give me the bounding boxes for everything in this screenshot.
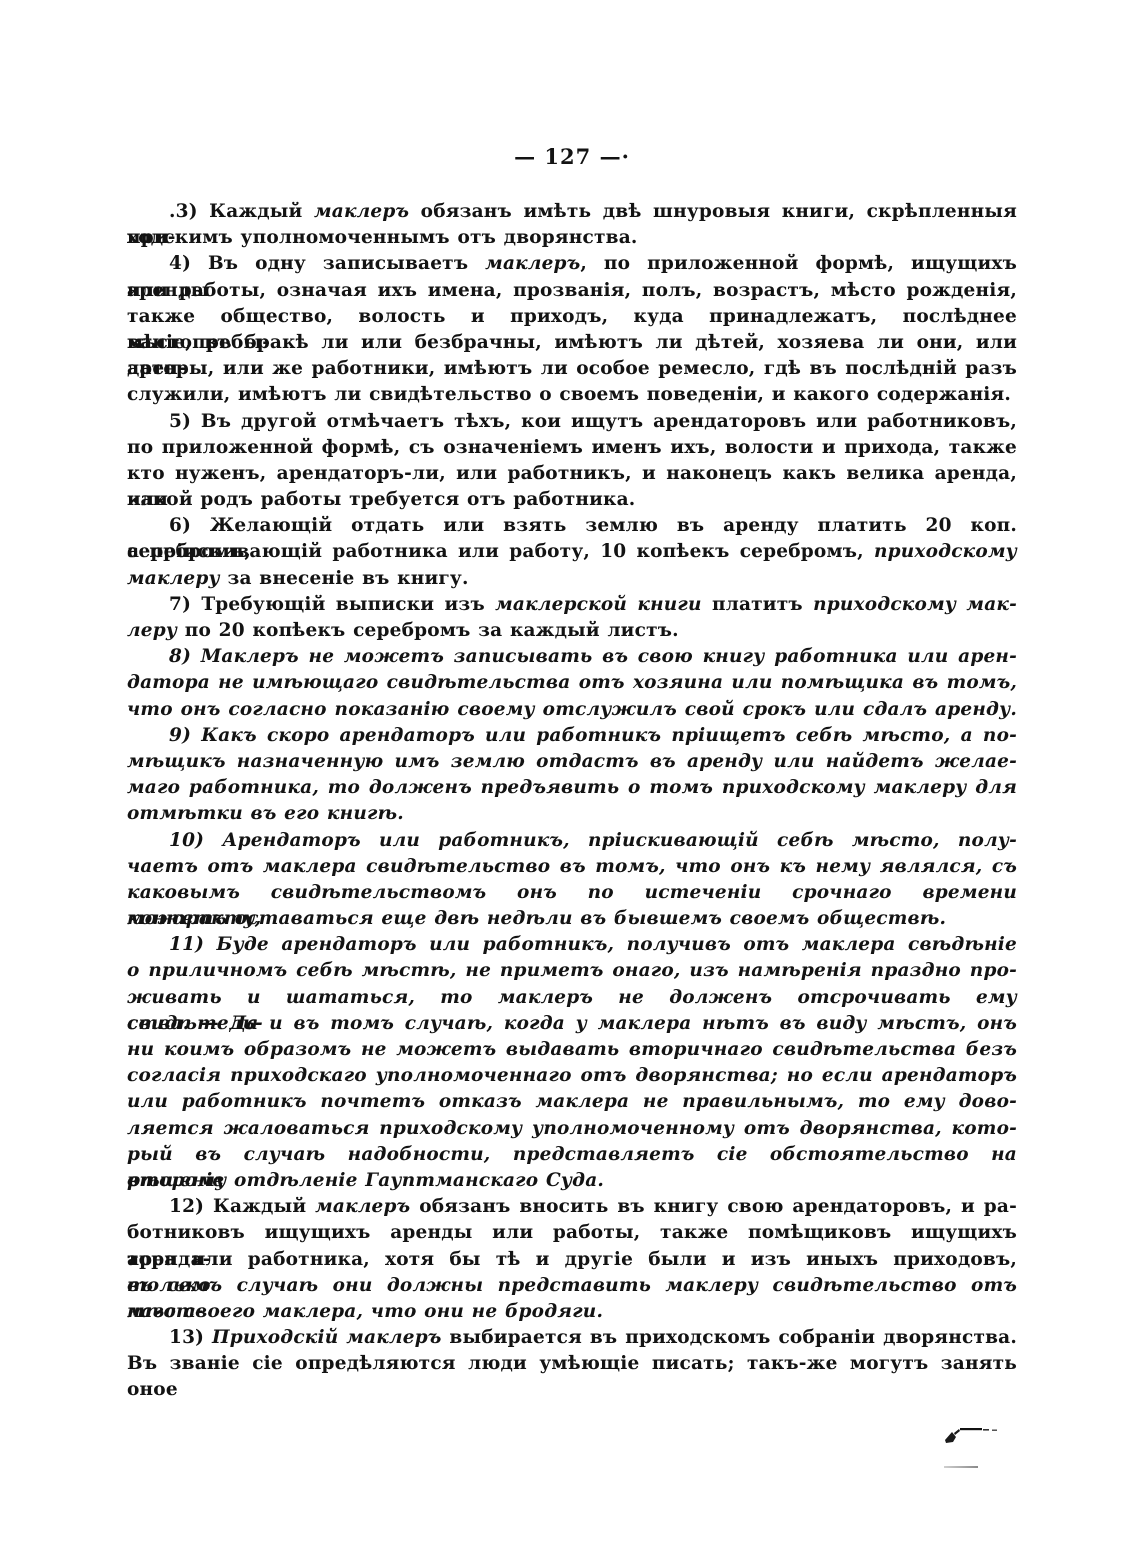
italic-text: 8) Маклеръ не можетъ записывать въ свою …	[169, 646, 1017, 667]
italic-text: отмѣтки въ его книгѣ.	[127, 803, 404, 824]
text-line: Въ званіе сіе опредѣляются люди умѣющіе …	[127, 1351, 1017, 1377]
regular-text: или работы, означая ихъ имена, прозванія…	[127, 280, 1017, 301]
text-line: 5) Въ другой отмѣчаетъ тѣхъ, кои ищутъ а…	[127, 409, 1017, 435]
book-page: — 127 —· .3) Каждый маклеръ обязанъ имѣт…	[0, 0, 1140, 1562]
text-line: второму отдѣленіе Гауптманскаго Суда.	[127, 1168, 1017, 1194]
regular-text: обязанъ вносить въ книгу свою арендаторо…	[410, 1196, 1017, 1217]
text-line: по приложенной формѣ, съ означеніемъ име…	[127, 435, 1017, 461]
regular-text: 13)	[169, 1327, 212, 1348]
text-line: кто нуженъ, арендаторъ-ли, или работникъ…	[127, 461, 1017, 487]
scan-line-artifact	[944, 1466, 978, 1468]
text-line: можетъ оставаться еще двѣ недѣли въ бывш…	[127, 906, 1017, 932]
italic-text: маклерской книги	[495, 594, 702, 615]
italic-text: маклеръ	[315, 1196, 410, 1217]
regular-text: выбирается въ приходскомъ собраніи дворя…	[441, 1327, 1017, 1348]
regular-text: тора или работника, хотя бы тѣ и другіе …	[127, 1249, 1017, 1270]
italic-text: маго работника, то долженъ предъявить о …	[127, 777, 1017, 798]
regular-text: даторы, или же работники, имѣютъ ли особ…	[127, 358, 1017, 379]
italic-text: 9) Какъ скоро арендаторъ или работникъ п…	[169, 725, 1017, 746]
regular-text: а пріискивающій работника или работу, 10…	[127, 541, 874, 562]
text-line: даторы, или же работники, имѣютъ ли особ…	[127, 356, 1017, 382]
text-line: маго работника, то долженъ предъявить о …	[127, 775, 1017, 801]
text-line: датора не имѣющаго свидѣтельства отъ хоз…	[127, 670, 1017, 696]
page-number: — 127 —·	[127, 144, 1017, 169]
text-line: мѣщикъ назначенную имъ землю отдастъ въ …	[127, 749, 1017, 775]
text-line: .3) Каждый маклеръ обязанъ имѣть двѣ шну…	[127, 199, 1017, 225]
paragraph-3: .3) Каждый маклеръ обязанъ имѣть двѣ шну…	[127, 199, 1017, 251]
text-line: 10) Арендаторъ или работникъ, пріискиваю…	[127, 828, 1017, 854]
italic-text: датора не имѣющаго свидѣтельства отъ хоз…	[127, 672, 1017, 693]
italic-text: о приличномъ себѣ мѣстѣ, не приметъ онаг…	[127, 960, 1017, 981]
italic-text: 10) Арендаторъ или работникъ, пріискиваю…	[169, 830, 1017, 851]
italic-text: мѣщикъ назначенную имъ землю отдастъ въ …	[127, 751, 1017, 772]
text-line: ваніе, въ бракѣ ли или безбрачны, имѣютъ…	[127, 330, 1017, 356]
text-line: ни коимъ образомъ не можетъ выдавать вто…	[127, 1037, 1017, 1063]
italic-text: ляется жаловаться приходскому уполномоче…	[127, 1118, 1017, 1139]
text-line: а пріискивающій работника или работу, 10…	[127, 539, 1017, 565]
paragraph-11: 11) Буде арендаторъ или работникъ, получ…	[127, 932, 1017, 1194]
paragraph-7: 7) Требующій выписки изъ маклерской книг…	[127, 592, 1017, 644]
regular-text: какой родъ работы требуется отъ работник…	[127, 489, 635, 510]
italic-text: маклеру	[127, 568, 220, 589]
regular-text: .3) Каждый	[169, 201, 314, 222]
italic-text: Приходскій маклеръ	[212, 1327, 441, 1348]
text-line: леру по 20 копѣекъ серебромъ за каждый л…	[127, 618, 1017, 644]
italic-text: приходскому	[874, 541, 1017, 562]
text-line: въ семъ случаѣ они должны представить ма…	[127, 1273, 1017, 1299]
regular-text: 4) Въ одну записываетъ	[169, 253, 485, 274]
text-line: 7) Требующій выписки изъ маклерской книг…	[127, 592, 1017, 618]
paragraph-6: 6) Желающій отдать или взять землю въ ар…	[127, 513, 1017, 592]
regular-text: Въ званіе сіе опредѣляются люди умѣющіе …	[127, 1353, 1017, 1400]
text-line: каковымъ свидѣтельствомъ онъ по истечені…	[127, 880, 1017, 906]
paragraph-10: 10) Арендаторъ или работникъ, пріискиваю…	[127, 828, 1017, 933]
regular-text: 5) Въ другой отмѣчаетъ тѣхъ, кои ищутъ а…	[169, 411, 1017, 432]
text-line: тора или работника, хотя бы тѣ и другіе …	[127, 1247, 1017, 1273]
text-line: или работникъ почтетъ отказъ маклера не …	[127, 1089, 1017, 1115]
regular-text: 12) Каждый	[169, 1196, 315, 1217]
text-line: или работы, означая ихъ имена, прозванія…	[127, 278, 1017, 304]
text-line: ства. — Да и въ томъ случаѣ, когда у мак…	[127, 1011, 1017, 1037]
ink-smudge	[943, 1420, 1003, 1446]
text-line: 11) Буде арендаторъ или работникъ, получ…	[127, 932, 1017, 958]
text-column: .3) Каждый маклеръ обязанъ имѣть двѣ шну…	[127, 199, 1017, 1377]
italic-text: приходскому мак-	[813, 594, 1017, 615]
paragraph-12: 12) Каждый маклеръ обязанъ вносить въ кн…	[127, 1194, 1017, 1325]
text-line: о приличномъ себѣ мѣстѣ, не приметъ онаг…	[127, 958, 1017, 984]
italic-text: что онъ согласно показанію своему отслуж…	[127, 699, 1017, 720]
text-line: согласія приходскаго уполномоченнаго отъ…	[127, 1063, 1017, 1089]
text-line: какой родъ работы требуется отъ работник…	[127, 487, 1017, 513]
text-line: что онъ согласно показанію своему отслуж…	[127, 697, 1017, 723]
italic-text: второму отдѣленіе Гауптманскаго Суда.	[127, 1170, 604, 1191]
text-line: 4) Въ одну записываетъ маклеръ, по прило…	[127, 251, 1017, 277]
italic-text: согласія приходскаго уполномоченнаго отъ…	[127, 1065, 1017, 1086]
italic-text: можетъ оставаться еще двѣ недѣли въ бывш…	[127, 908, 946, 929]
italic-text: чаетъ отъ маклера свидѣтельство въ томъ,…	[127, 856, 1017, 877]
italic-text: леру	[127, 620, 177, 641]
italic-text: маклеръ	[485, 253, 580, 274]
text-line: 6) Желающій отдать или взять землю въ ар…	[127, 513, 1017, 539]
text-line: ботниковъ ищущихъ аренды или работы, так…	[127, 1220, 1017, 1246]
text-line: маклеру за внесеніе въ книгу.	[127, 566, 1017, 592]
regular-text: служили, имѣютъ ли свидѣтельство о своем…	[127, 384, 1011, 405]
paragraph-5: 5) Въ другой отмѣчаетъ тѣхъ, кои ищутъ а…	[127, 409, 1017, 514]
text-line: отмѣтки въ его книгѣ.	[127, 801, 1017, 827]
text-line: чаетъ отъ маклера свидѣтельство въ томъ,…	[127, 854, 1017, 880]
paragraph-13: 13) Приходскій маклеръ выбирается въ при…	[127, 1325, 1017, 1377]
text-line: 13) Приходскій маклеръ выбирается въ при…	[127, 1325, 1017, 1351]
regular-text: по 20 копѣекъ серебромъ за каждый листъ.	[177, 620, 679, 641]
paragraph-9: 9) Какъ скоро арендаторъ или работникъ п…	[127, 723, 1017, 828]
regular-text: по приложенной формѣ, съ означеніемъ име…	[127, 437, 1017, 458]
italic-text: наго своего маклера, что они не бродяги.	[127, 1301, 603, 1322]
paragraph-4: 4) Въ одну записываетъ маклеръ, по прило…	[127, 251, 1017, 408]
text-line: служили, имѣютъ ли свидѣтельство о своем…	[127, 382, 1017, 408]
text-line: 12) Каждый маклеръ обязанъ вносить въ кн…	[127, 1194, 1017, 1220]
italic-text: ства. — Да и въ томъ случаѣ, когда у мак…	[127, 1013, 1017, 1034]
italic-text: ни коимъ образомъ не можетъ выдавать вто…	[127, 1039, 1017, 1060]
text-line: рый въ случаѣ надобности, представляетъ …	[127, 1142, 1017, 1168]
regular-text: за внесеніе въ книгу.	[220, 568, 469, 589]
text-line: живать и шататься, то маклеръ не долженъ…	[127, 985, 1017, 1011]
regular-text: ходскимъ уполномоченнымъ отъ дворянства.	[127, 227, 638, 248]
text-line: ходскимъ уполномоченнымъ отъ дворянства.	[127, 225, 1017, 251]
text-line: также общество, волость и приходъ, куда …	[127, 304, 1017, 330]
italic-text: 11) Буде арендаторъ или работникъ, получ…	[169, 934, 1017, 955]
text-line: 8) Маклеръ не можетъ записывать въ свою …	[127, 644, 1017, 670]
italic-text: или работникъ почтетъ отказъ маклера не …	[127, 1091, 1017, 1112]
text-line: ляется жаловаться приходскому уполномоче…	[127, 1116, 1017, 1142]
regular-text: платитъ	[702, 594, 813, 615]
paragraph-8: 8) Маклеръ не можетъ записывать въ свою …	[127, 644, 1017, 723]
text-line: 9) Какъ скоро арендаторъ или работникъ п…	[127, 723, 1017, 749]
regular-text: 7) Требующій выписки изъ	[169, 594, 495, 615]
text-line: наго своего маклера, что они не бродяги.	[127, 1299, 1017, 1325]
italic-text: маклеръ	[314, 201, 409, 222]
